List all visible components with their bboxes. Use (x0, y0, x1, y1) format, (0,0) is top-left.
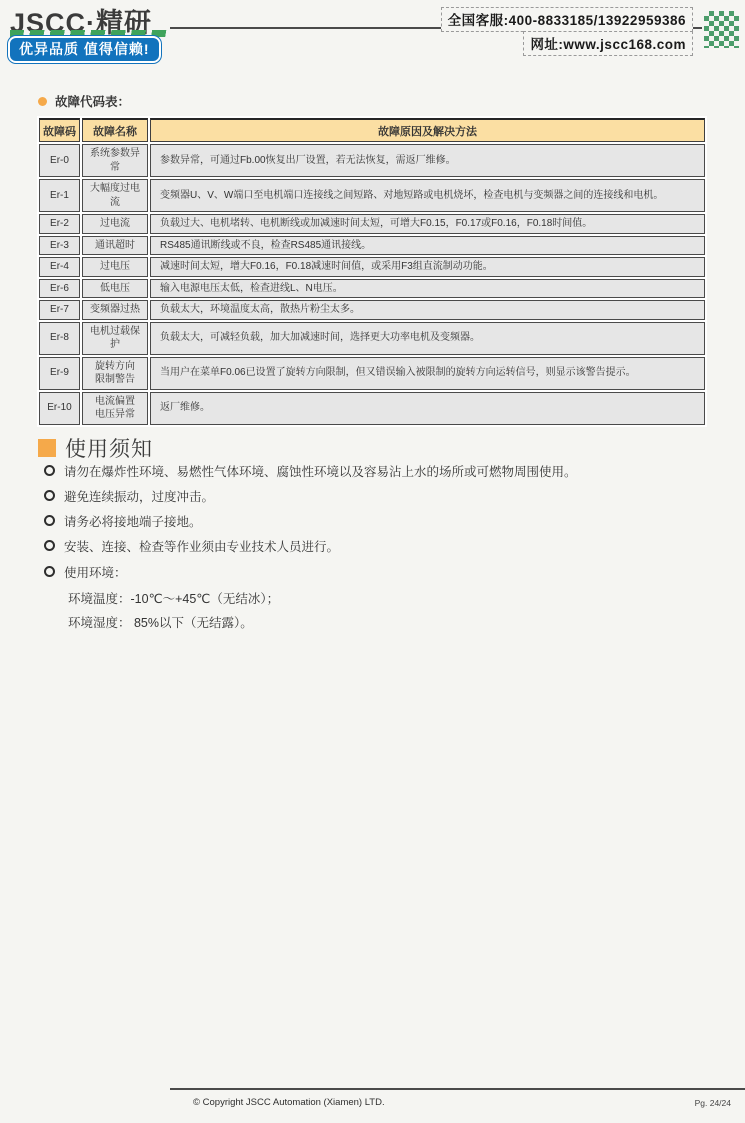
checker-pattern-icon (704, 11, 739, 48)
table-row: Er-2过电流负载过大、电机堵转、电机断线或加减速时间太短，可增大F0.15，F… (39, 214, 705, 234)
table-header-row: 故障码故障名称故障原因及解决方法 (39, 118, 705, 142)
fault-solution-cell: 负载太大，可减轻负载，加大加减速时间，选择更大功率电机及变频器。 (150, 322, 705, 355)
environment-detail-line: 环境温度：-10℃～+45℃（无结冰）； (68, 589, 704, 607)
fault-code-cell: Er-9 (39, 357, 80, 390)
table-row: Er-3通讯超时RS485通讯断线或不良，检查RS485通讯接线。 (39, 236, 705, 256)
manual-page: JSCC·精研 优异品质 值得信赖! 全国客服:400-8833185/1392… (0, 0, 745, 1123)
list-item: 请务必将接地端子接地。 (44, 513, 704, 531)
fault-code-cell: Er-7 (39, 300, 80, 320)
fault-code-cell: Er-1 (39, 179, 80, 212)
list-item: 安装、连接、检查等作业须由专业技术人员进行。 (44, 538, 704, 556)
circle-bullet-icon (38, 97, 47, 106)
ring-bullet-icon (44, 566, 55, 577)
footer-divider (170, 1088, 745, 1090)
usage-notes-header: 使用须知 (38, 433, 153, 463)
fault-code-cell: Er-3 (39, 236, 80, 256)
ring-bullet-icon (44, 540, 55, 551)
fault-solution-cell: 返厂维修。 (150, 392, 705, 425)
table-row: Er-7变频器过热负载太大，环境温度太高，散热片粉尘太多。 (39, 300, 705, 320)
note-text: 避免连续振动，过度冲击。 (64, 488, 214, 506)
fault-name-cell: 电流偏置 电压异常 (82, 392, 148, 425)
note-text: 请勿在爆炸性环境、易燃性气体环境、腐蚀性环境以及容易沾上水的场所或可燃物周围使用… (64, 463, 577, 481)
fault-code-cell: Er-10 (39, 392, 80, 425)
table-row: Er-1大幅度过电流变频器U、V、W端口至电机端口连接线之间短路、对地短路或电机… (39, 179, 705, 212)
slogan-badge: 优异品质 值得信赖! (8, 36, 161, 63)
table-row: Er-6低电压输入电源电压太低，检查进线L、N电压。 (39, 279, 705, 299)
fault-code-table: 故障码故障名称故障原因及解决方法 Er-0系统参数异常参数异常，可通过Fb.00… (37, 116, 707, 427)
fault-name-cell: 过电流 (82, 214, 148, 234)
fault-name-cell: 系统参数异常 (82, 144, 148, 177)
footer-copyright: © Copyright JSCC Automation (Xiamen) LTD… (193, 1097, 385, 1108)
list-item: 避免连续振动，过度冲击。 (44, 488, 704, 506)
fault-name-cell: 大幅度过电流 (82, 179, 148, 212)
fault-table-body: Er-0系统参数异常参数异常，可通过Fb.00恢复出厂设置，若无法恢复，需返厂维… (39, 144, 705, 425)
fault-solution-cell: 减速时间太短，增大F0.16，F0.18减速时间值，或采用F3组直流制动功能。 (150, 257, 705, 277)
column-header: 故障码 (39, 118, 80, 142)
fault-code-cell: Er-6 (39, 279, 80, 299)
usage-notes-list: 请勿在爆炸性环境、易燃性气体环境、腐蚀性环境以及容易沾上水的场所或可燃物周围使用… (44, 463, 704, 637)
website-box: 网址:www.jscc168.com (523, 31, 693, 56)
fault-table-section-header: 故障代码表： (38, 92, 130, 110)
column-header: 故障原因及解决方法 (150, 118, 705, 142)
fault-solution-cell: 参数异常，可通过Fb.00恢复出厂设置，若无法恢复，需返厂维修。 (150, 144, 705, 177)
table-row: Er-4过电压减速时间太短，增大F0.16，F0.18减速时间值，或采用F3组直… (39, 257, 705, 277)
fault-table-section-title: 故障代码表： (55, 92, 130, 110)
fault-name-cell: 过电压 (82, 257, 148, 277)
table-row: Er-8电机过载保护负载太大，可减轻负载，加大加减速时间，选择更大功率电机及变频… (39, 322, 705, 355)
table-row: Er-0系统参数异常参数异常，可通过Fb.00恢复出厂设置，若无法恢复，需返厂维… (39, 144, 705, 177)
note-text: 安装、连接、检查等作业须由专业技术人员进行。 (64, 538, 339, 556)
table-row: Er-9旋转方向 限制警告当用户在菜单F0.06已设置了旋转方向限制，但又错误输… (39, 357, 705, 390)
fault-solution-cell: 当用户在菜单F0.06已设置了旋转方向限制，但又错误输入被限制的旋转方向运转信号… (150, 357, 705, 390)
list-item: 使用环境： (44, 564, 704, 582)
fault-name-cell: 旋转方向 限制警告 (82, 357, 148, 390)
fault-name-cell: 变频器过热 (82, 300, 148, 320)
fault-code-cell: Er-8 (39, 322, 80, 355)
table-row: Er-10电流偏置 电压异常返厂维修。 (39, 392, 705, 425)
fault-name-cell: 通讯超时 (82, 236, 148, 256)
fault-name-cell: 电机过载保护 (82, 322, 148, 355)
fault-solution-cell: 输入电源电压太低，检查进线L、N电压。 (150, 279, 705, 299)
ring-bullet-icon (44, 465, 55, 476)
fault-code-cell: Er-0 (39, 144, 80, 177)
hotline-box: 全国客服:400-8833185/13922959386 (441, 7, 693, 32)
fault-code-cell: Er-4 (39, 257, 80, 277)
ring-bullet-icon (44, 490, 55, 501)
list-item: 请勿在爆炸性环境、易燃性气体环境、腐蚀性环境以及容易沾上水的场所或可燃物周围使用… (44, 463, 704, 481)
square-bullet-icon (38, 439, 56, 457)
ring-bullet-icon (44, 515, 55, 526)
page-number: Pg. 24/24 (695, 1098, 731, 1108)
note-text: 使用环境： (64, 564, 127, 582)
environment-detail-line: 环境湿度： 85%以下（无结露）。 (68, 613, 704, 631)
fault-solution-cell: 变频器U、V、W端口至电机端口连接线之间短路、对地短路或电机烧坏，检查电机与变频… (150, 179, 705, 212)
usage-notes-title: 使用须知 (65, 433, 153, 463)
fault-solution-cell: RS485通讯断线或不良，检查RS485通讯接线。 (150, 236, 705, 256)
note-text: 请务必将接地端子接地。 (64, 513, 202, 531)
fault-name-cell: 低电压 (82, 279, 148, 299)
fault-solution-cell: 负载太大，环境温度太高，散热片粉尘太多。 (150, 300, 705, 320)
fault-code-cell: Er-2 (39, 214, 80, 234)
fault-solution-cell: 负载过大、电机堵转、电机断线或加减速时间太短，可增大F0.15，F0.17或F0… (150, 214, 705, 234)
column-header: 故障名称 (82, 118, 148, 142)
